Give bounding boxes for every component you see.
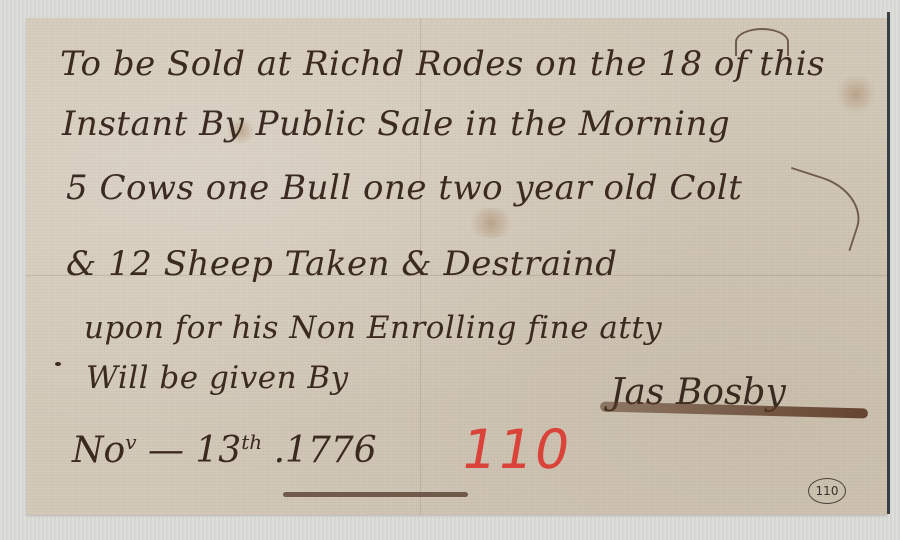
date-prefix: No xyxy=(72,430,125,471)
ink-stain xyxy=(836,74,876,114)
text-line-1: To be Sold at Richd Rodes on the 18 of t… xyxy=(60,44,825,84)
date-day-sup: th xyxy=(241,430,262,454)
date-separator: . xyxy=(274,430,285,471)
ink-stain xyxy=(466,208,516,238)
text-line-2: Instant By Public Sale in the Morning xyxy=(62,104,730,144)
date-year: 1776 xyxy=(285,430,377,471)
date-prefix-sup: v xyxy=(125,430,136,454)
red-pencil-annotation: 110 xyxy=(456,418,576,481)
date-day: 13 xyxy=(195,430,241,471)
text-line-5: upon for his Non Enrolling fine atty xyxy=(84,310,662,346)
ink-dot xyxy=(55,362,61,366)
frame-edge xyxy=(887,12,890,514)
text-line-6: Will be given By xyxy=(86,360,349,396)
text-line-4: & 12 Sheep Taken & Destraind xyxy=(66,244,618,284)
date-line: Nov — 13th .1776 xyxy=(72,430,377,471)
date-dash: — xyxy=(148,430,184,471)
text-line-3: 5 Cows one Bull one two year old Colt xyxy=(66,168,742,208)
circled-catalog-number: 110 xyxy=(808,478,846,504)
date-underline xyxy=(283,492,468,497)
